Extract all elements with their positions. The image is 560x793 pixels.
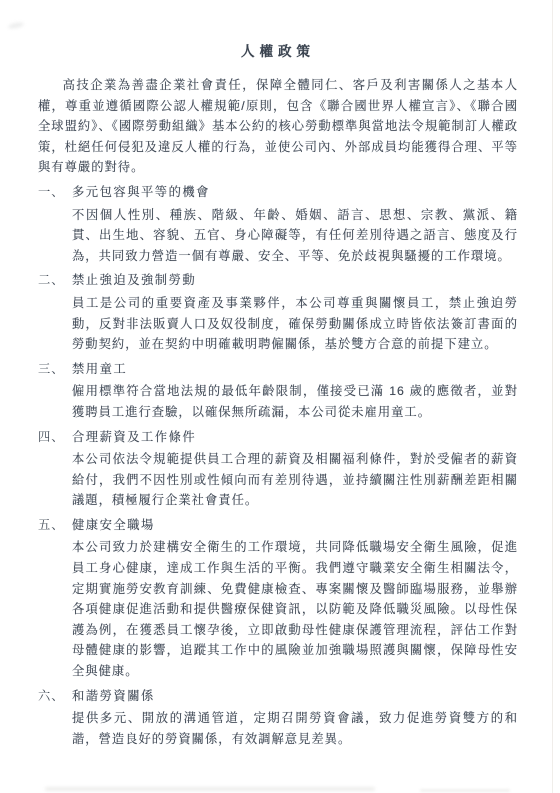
page-title: 人權政策 xyxy=(38,42,518,62)
section-6-labor-relations: 六、 和諧勞資關係 提供多元、開放的溝通管道，定期召開勞資會議，致力促進勞資雙方… xyxy=(38,686,518,750)
section-content: 禁止強迫及強制勞動 員工是公司的重要資產及事業夥伴，本公司尊重與關懷員工，禁止強… xyxy=(72,270,518,354)
section-body: 本公司依法令規範提供員工合理的薪資及相關福利條件，對於受僱者的薪資給付，我們不因… xyxy=(72,449,518,511)
section-heading: 健康安全職場 xyxy=(72,515,518,536)
section-3-child-labor: 三、 禁用童工 僱用標準符合當地法規的最低年齡限制，僅接受已滿 16 歲的應徵者… xyxy=(38,359,518,423)
section-heading: 禁止強迫及強制勞動 xyxy=(72,270,518,291)
section-heading: 多元包容與平等的機會 xyxy=(72,182,518,203)
section-body: 僱用標準符合當地法規的最低年齡限制，僅接受已滿 16 歲的應徵者，並對獲聘員工進… xyxy=(72,381,518,422)
section-body: 本公司致力於建構安全衛生的工作環境，共同降低職場安全衛生風險，促進員工身心健康，… xyxy=(72,537,518,681)
section-content: 禁用童工 僱用標準符合當地法規的最低年齡限制，僅接受已滿 16 歲的應徵者，並對… xyxy=(72,359,518,423)
section-number: 一、 xyxy=(38,182,72,266)
section-content: 多元包容與平等的機會 不因個人性別、種族、階級、年齡、婚姻、語言、思想、宗教、黨… xyxy=(72,182,518,266)
section-content: 合理薪資及工作條件 本公司依法令規範提供員工合理的薪資及相關福利條件，對於受僱者… xyxy=(72,427,518,511)
section-number: 六、 xyxy=(38,686,72,750)
intro-paragraph: 高技企業為善盡企業社會責任，保障全體同仁、客戶及利害關係人之基本人權，尊重並遵循… xyxy=(38,75,518,178)
section-body: 提供多元、開放的溝通管道，定期召開勞資會議，致力促進勞資雙方的和諧，營造良好的勞… xyxy=(72,708,518,749)
section-number: 五、 xyxy=(38,515,72,682)
scan-artifact-smudge-bottom-right xyxy=(420,789,510,792)
scan-artifact-smudge-bottom xyxy=(45,787,375,791)
section-content: 健康安全職場 本公司致力於建構安全衛生的工作環境，共同降低職場安全衛生風險，促進… xyxy=(72,515,518,682)
scan-artifact-vertical-line xyxy=(552,0,553,793)
section-body: 員工是公司的重要資產及事業夥伴，本公司尊重與關懷員工，禁止強迫勞動，反對非法販賣… xyxy=(72,293,518,355)
section-number: 二、 xyxy=(38,270,72,354)
section-heading: 禁用童工 xyxy=(72,359,518,380)
section-body: 不因個人性別、種族、階級、年齡、婚姻、語言、思想、宗教、黨派、籍貫、出生地、容貌… xyxy=(72,205,518,267)
section-4-wages: 四、 合理薪資及工作條件 本公司依法令規範提供員工合理的薪資及相關福利條件，對於… xyxy=(38,427,518,511)
section-content: 和諧勞資關係 提供多元、開放的溝通管道，定期召開勞資會議，致力促進勞資雙方的和諧… xyxy=(72,686,518,750)
section-number: 三、 xyxy=(38,359,72,423)
section-heading: 和諧勞資關係 xyxy=(72,686,518,707)
document-page: 人權政策 高技企業為善盡企業社會責任，保障全體同仁、客戶及利害關係人之基本人權，… xyxy=(0,0,560,793)
section-1-diversity: 一、 多元包容與平等的機會 不因個人性別、種族、階級、年齡、婚姻、語言、思想、宗… xyxy=(38,182,518,266)
section-5-health-safety: 五、 健康安全職場 本公司致力於建構安全衛生的工作環境，共同降低職場安全衛生風險… xyxy=(38,515,518,682)
section-heading: 合理薪資及工作條件 xyxy=(72,427,518,448)
scan-artifact-smudge-top-left xyxy=(8,21,25,29)
section-number: 四、 xyxy=(38,427,72,511)
section-2-forced-labor: 二、 禁止強迫及強制勞動 員工是公司的重要資產及事業夥伴，本公司尊重與關懷員工，… xyxy=(38,270,518,354)
